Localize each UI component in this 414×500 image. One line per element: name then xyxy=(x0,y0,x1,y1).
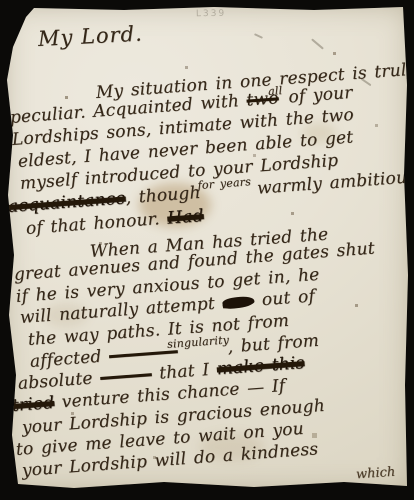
line-text: that I xyxy=(151,359,218,384)
letter-paper: L339 My Lord. My situation in one respec… xyxy=(4,5,410,491)
line-text: of your xyxy=(280,83,353,108)
inserted-text: for years xyxy=(197,175,251,192)
ink-specks xyxy=(4,5,5,6)
ink-blot-icon xyxy=(222,295,255,310)
catchword: which xyxy=(356,465,396,483)
inserted-text: all xyxy=(268,84,283,98)
photograph-background: L339 My Lord. My situation in one respec… xyxy=(0,0,414,500)
struck-text-heavy: Had xyxy=(167,206,205,229)
line-text: out of xyxy=(254,286,316,310)
line-text: , though xyxy=(125,182,209,208)
line-text: , but from xyxy=(227,331,320,358)
struck-text-heavy: tried xyxy=(11,393,55,416)
letter-lines: My situation in one respect is trulypecu… xyxy=(4,5,410,491)
paper-mark xyxy=(12,486,15,489)
struck-text: ——— xyxy=(100,364,153,388)
